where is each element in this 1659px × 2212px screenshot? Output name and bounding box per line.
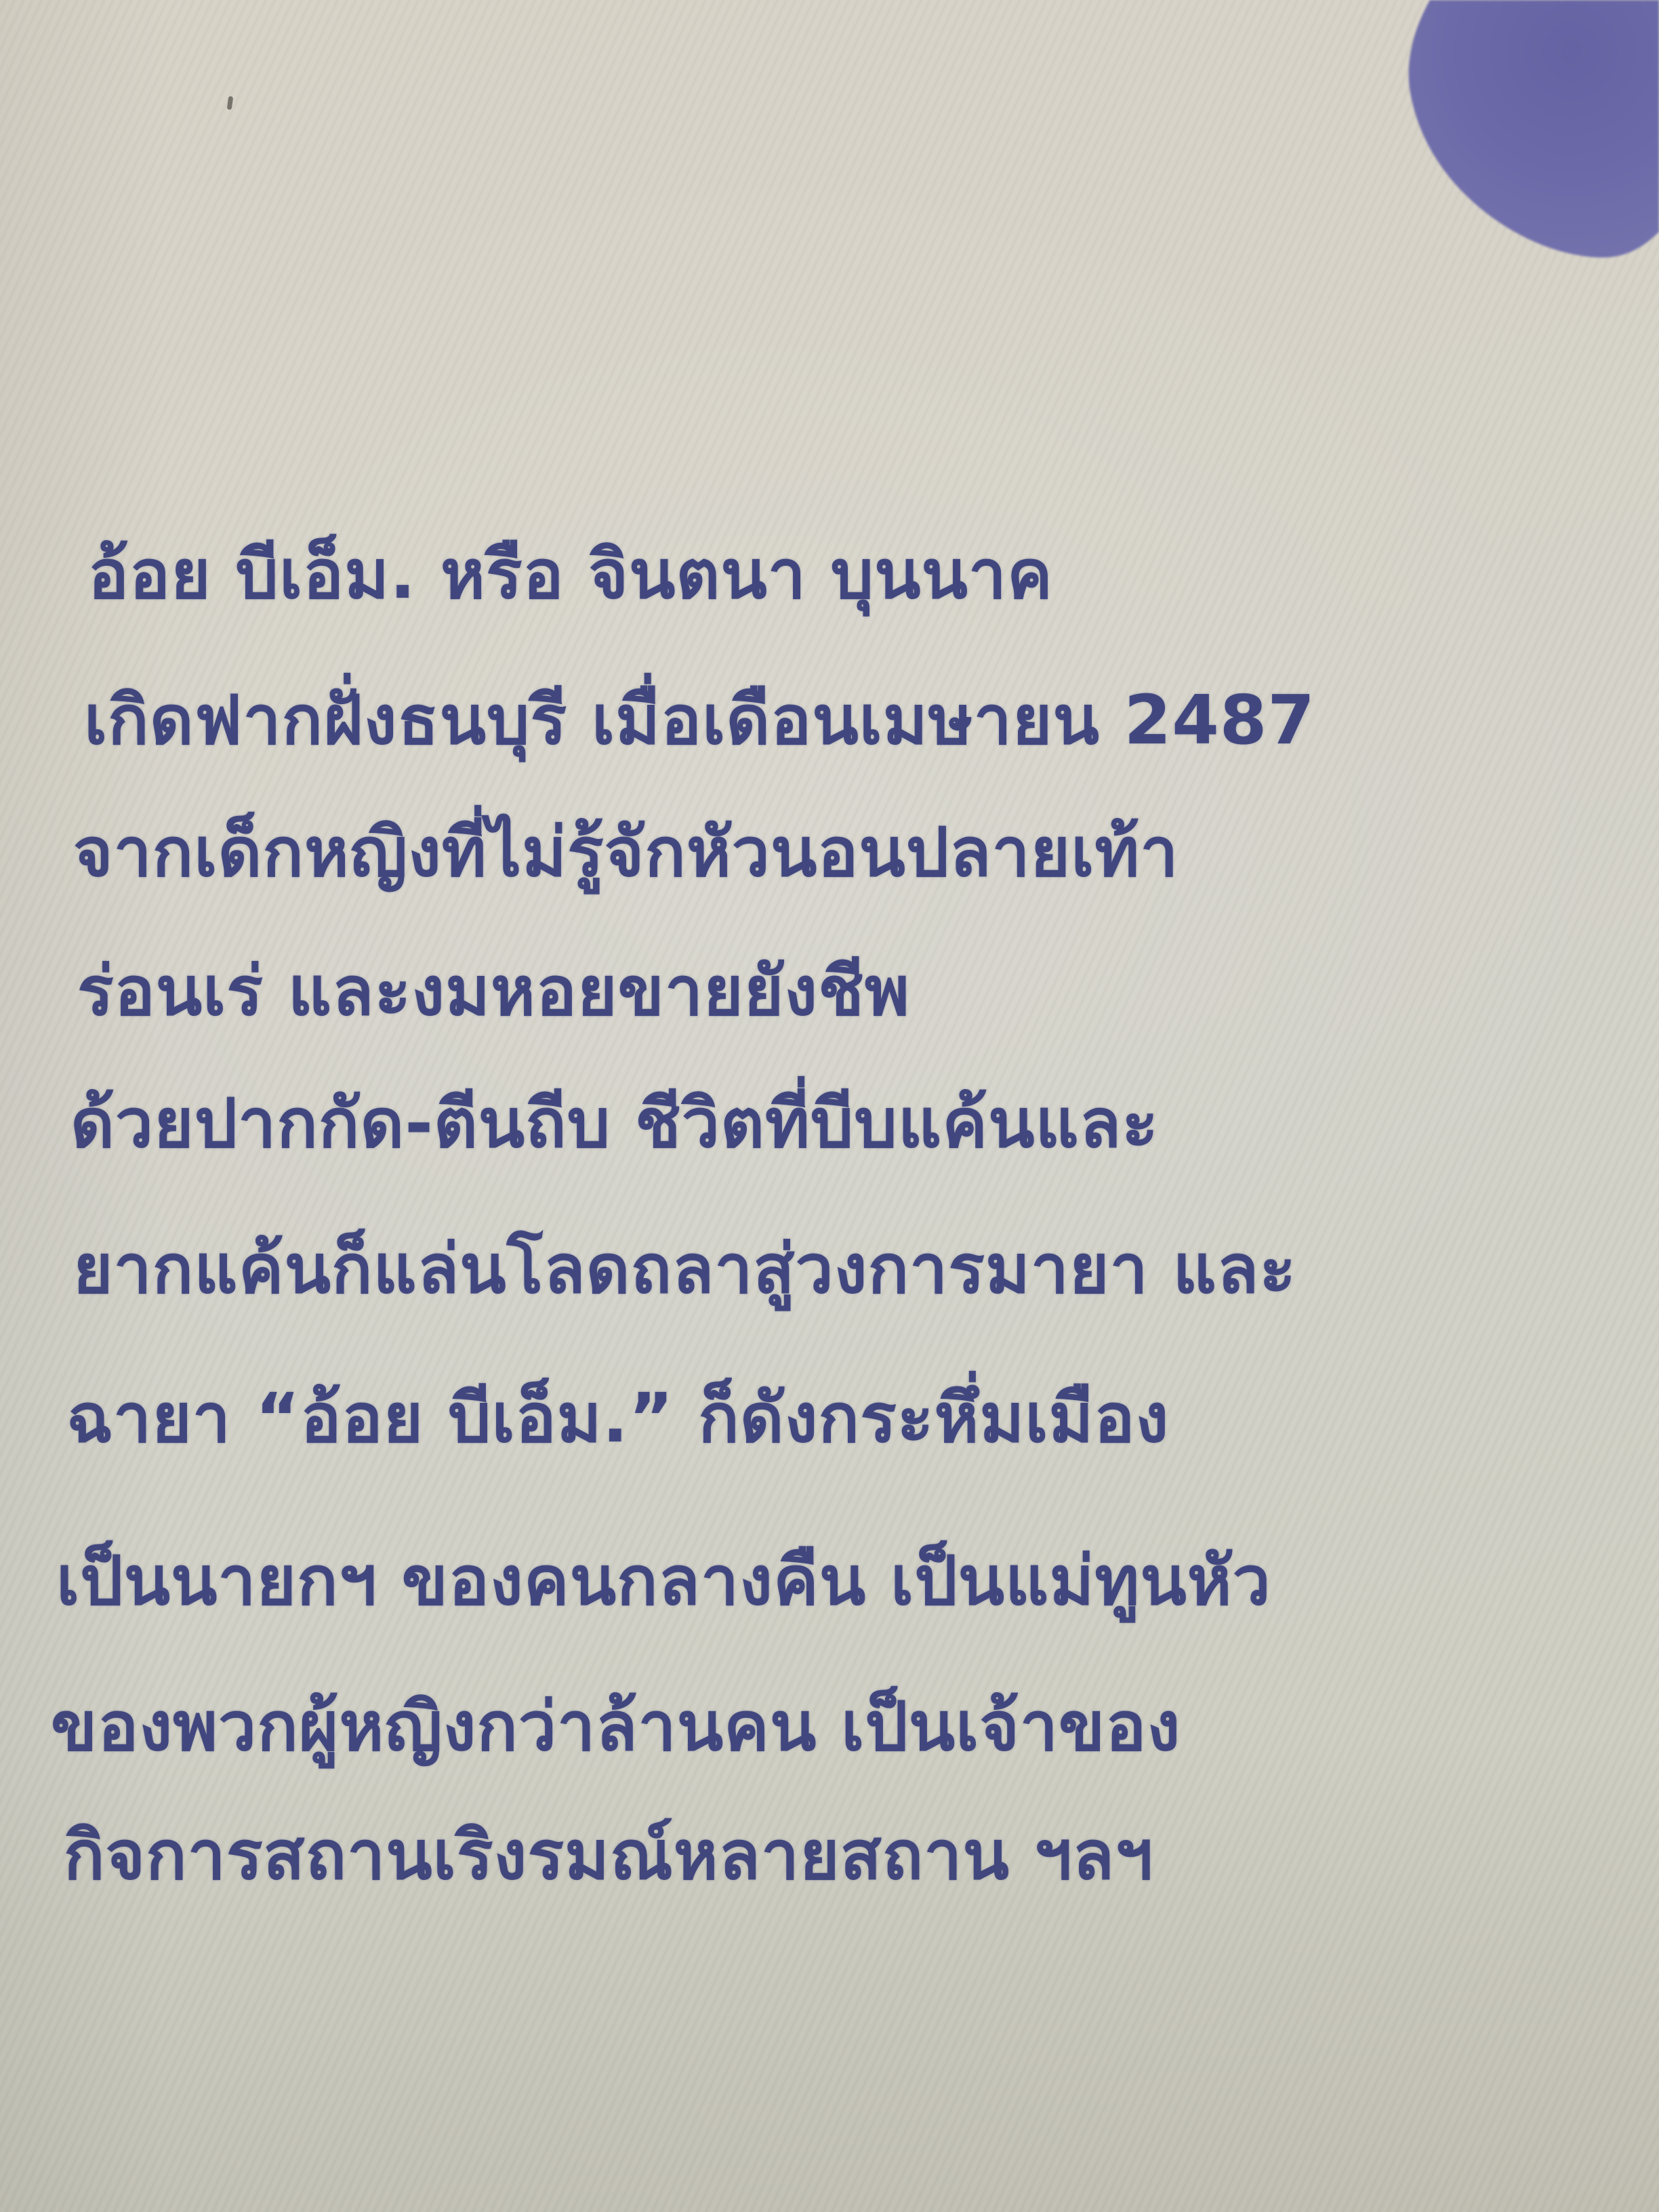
text-line-1: อ้อย บีเอ็ม. หรือ จินตนา บุนนาค bbox=[88, 522, 1053, 627]
book-page: อ้อย บีเอ็ม. หรือ จินตนา บุนนาค เกิดฟากฝ… bbox=[0, 0, 1659, 2212]
text-line-6: ยากแค้นก็แล่นโลดถลาสู่วงการมายา และ bbox=[73, 1216, 1296, 1322]
text-line-4: ร่อนเร่ และงมหอยขายยังชีพ bbox=[77, 939, 910, 1044]
text-line-10: กิจการสถานเริงรมณ์หลายสถาน ฯลฯ bbox=[64, 1803, 1153, 1908]
text-line-3: จากเด็กหญิงที่ไม่รู้จักหัวนอนปลายเท้า bbox=[73, 800, 1179, 905]
text-block: อ้อย บีเอ็ม. หรือ จินตนา บุนนาค เกิดฟากฝ… bbox=[0, 0, 1659, 2212]
text-line-9: ของพวกผู้หญิงกว่าล้านคน เป็นเจ้าของ bbox=[51, 1674, 1181, 1779]
text-line-5: ด้วยปากกัด-ตีนถีบ ชีวิตที่บีบแค้นและ bbox=[70, 1071, 1159, 1176]
text-line-8: เป็นนายกฯ ของคนกลางคืน เป็นแม่ทูนหัว bbox=[56, 1528, 1271, 1633]
text-line-7: ฉายา “อ้อย บีเอ็ม.” ก็ดังกระหึ่มเมือง bbox=[66, 1366, 1169, 1471]
text-line-2: เกิดฟากฝั่งธนบุรี เมื่อเดือนเมษายน 2487 bbox=[84, 668, 1315, 773]
